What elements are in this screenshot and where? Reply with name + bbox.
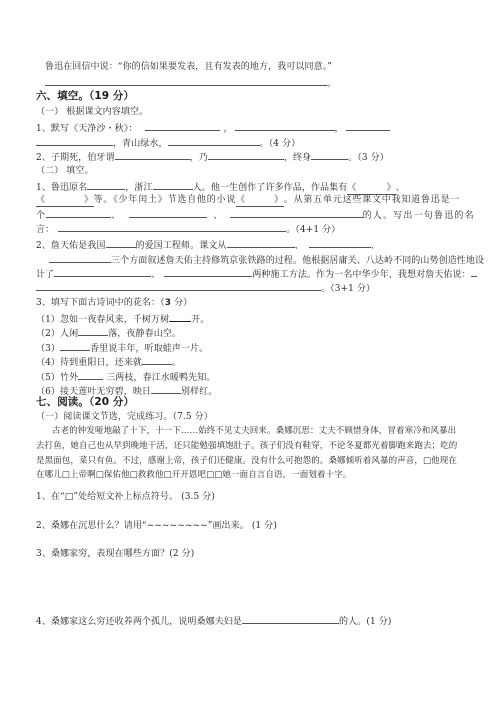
poem-text: （3） xyxy=(36,344,60,354)
bracket: 》 xyxy=(84,195,94,205)
question-text: 计了 xyxy=(36,270,54,280)
question-text: 两种施工方法。作为一名中华少年，我想对詹天佑说： xyxy=(252,270,470,280)
answer-blank[interactable] xyxy=(87,180,125,190)
bracket: 《 xyxy=(236,195,246,205)
answer-blank[interactable] xyxy=(242,614,339,624)
question-6-1-1: 1、默写《天净沙・秋》：，， xyxy=(36,121,390,135)
question-text: 3、填写下面古诗词中的花名：（ xyxy=(36,298,165,308)
passage-line-3: 是黑面包，菜只有鱼。不过，感谢上帝，孩子们还健康。没有什么可抱怨的。桑娜倾听着风… xyxy=(36,455,457,467)
poem-text: 三两枝，春江水暖鸭先知。 xyxy=(103,373,215,383)
answer-blank[interactable] xyxy=(309,238,371,248)
passage-line-2: 去打鱼，她自己也从早到晚地干活，还只能勉强填饱肚子。孩子们没有鞋穿，不论冬夏都光… xyxy=(36,440,457,452)
part-two-label: （二） 填空。 xyxy=(36,165,94,177)
novel-title-blank[interactable]: 《》 xyxy=(236,194,284,207)
quote-line: 鲁迅在回信中说：“你的信如果要发表，且有发表的地方，我可以同意。” xyxy=(45,61,332,73)
flower-blank[interactable] xyxy=(78,370,103,380)
answer-blank[interactable] xyxy=(230,208,363,218)
poem-text: 开。 xyxy=(191,315,209,325)
section-seven-heading: 七、阅读。（20 分） xyxy=(36,396,134,408)
poem-text: （2）人闲 xyxy=(36,329,78,339)
answer-blank[interactable] xyxy=(227,238,295,248)
question-text: 4、桑娜家这么穷还收养两个孤儿，说明桑娜夫妇是 xyxy=(36,617,242,627)
reading-question-3: 3、桑娜家穷，表现在哪些方面？(2 分) xyxy=(36,548,194,560)
period: 。 xyxy=(327,79,336,89)
question-6-2-3: 3、填写下面古诗词中的花名：（3 分） xyxy=(36,297,192,309)
score: 。（4+1 分） xyxy=(286,225,340,235)
answer-blank[interactable] xyxy=(45,76,327,86)
flower-blank[interactable] xyxy=(151,384,181,394)
book-title-blank[interactable]: 《》 xyxy=(36,194,94,207)
bracket: 》 xyxy=(274,195,284,205)
question-text: 言： xyxy=(36,225,54,235)
reading-part-one-label: （一）阅读课文节选，完成练习。（7.5 分） xyxy=(36,411,213,423)
punct: ， xyxy=(223,124,232,134)
poem-text: （1）忽如一夜春风来，千树万树 xyxy=(36,315,169,325)
answer-blank[interactable] xyxy=(311,150,348,160)
score: 。（3+1 分） xyxy=(321,284,375,294)
score: 。（4 分） xyxy=(260,139,301,149)
poem-item-4: （4）待到重阳日，还来就。 xyxy=(36,355,181,369)
answer-blank[interactable] xyxy=(208,150,284,160)
answer-blank[interactable] xyxy=(168,136,260,146)
quote-text: 鲁迅在回信中说：“你的信如果要发表，且有发表的地方，我可以同意。” xyxy=(45,62,332,72)
reading-question-2: 2、桑娜在沉思什么？请用“~~~~~~~~”画出来。 (1 分) xyxy=(36,520,277,532)
question-text: 分） xyxy=(171,298,192,308)
poem-item-2: （2）人闲落，夜静春山空。 xyxy=(36,326,181,340)
poem-text: 香里说丰年，听取蛙声一片。 xyxy=(90,344,208,354)
passage-line-1: 古老的钟发哑地敲了十下，十一下……始终不见丈夫回来。桑娜沉思：丈夫不顾惜身体，冒… xyxy=(52,425,456,437)
question-6-2-1-cont3: 言：。（4+1 分） xyxy=(36,222,340,236)
poem-item-3: （3）香里说丰年，听取蛙声一片。 xyxy=(36,341,208,355)
question-text: 等。《少年闰土》节选自他的小说 xyxy=(94,195,237,205)
poem-text: 落，夜静春山空。 xyxy=(108,329,181,339)
answer-blank[interactable] xyxy=(36,136,113,146)
question-text: ，乃 xyxy=(190,153,208,163)
exam-page: 鲁迅在回信中说：“你的信如果要发表，且有发表的地方，我可以同意。” 。 六、填空… xyxy=(0,0,500,707)
poem-text: （4）待到重阳日，还来就 xyxy=(36,358,142,368)
answer-blank[interactable] xyxy=(129,208,207,218)
question-text: 1、鲁迅原名 xyxy=(36,183,87,193)
quote-answer-line: 。 xyxy=(45,76,336,90)
question-6-2-2-cont: 三个方面叙述詹天佑主持修筑京张铁路的过程。他根据居庸关、八达岭不同的山势创造性地… xyxy=(49,253,484,267)
answer-blank[interactable] xyxy=(346,121,390,131)
flower-blank[interactable] xyxy=(142,355,172,365)
answer-blank[interactable] xyxy=(164,267,252,277)
answer-blank[interactable] xyxy=(106,238,136,248)
punct: 、 xyxy=(371,241,380,251)
section-six-heading: 六、填空。（19 分） xyxy=(36,90,134,102)
question-text: 人。他一生创作了许多作品，作品集有 xyxy=(193,183,348,193)
question-6-2-2: 2、詹天佑是我国的爱国工程师。课文从、、 xyxy=(36,238,380,252)
question-text: 1、默写《天净沙・秋》： xyxy=(36,124,137,134)
answer-blank[interactable] xyxy=(54,267,151,277)
punct: ， xyxy=(335,124,344,134)
answer-blank[interactable] xyxy=(471,267,477,277)
poem-item-5: （5）竹外 三两枝，春江水暖鸭先知。 xyxy=(36,370,215,384)
reading-question-4: 4、桑娜家这么穷还收养两个孤儿，说明桑娜夫妇是的人。(1 分) xyxy=(36,614,391,628)
poem-item-1: （1）忽如一夜春风来，千树万树开。 xyxy=(36,312,209,326)
punct: 、 xyxy=(213,211,223,221)
score: 。（3 分） xyxy=(348,153,389,163)
question-text: ，青山绿水， xyxy=(113,139,168,149)
punct: 、 xyxy=(295,241,304,251)
poem-text: 。 xyxy=(172,358,181,368)
question-6-1-2: 2、子期死，伯牙谓，乃，终身。（3 分） xyxy=(36,150,389,164)
flower-blank[interactable] xyxy=(78,326,108,336)
passage-line-4: 在哪儿□上帝啊□保佑他□救救他□开开恩吧□□她一面自言自语，一面划着十字。 xyxy=(36,469,351,481)
bracket: 《 xyxy=(36,195,46,205)
question-text: ，浙江 xyxy=(125,183,152,193)
poem-text: （5）竹外 xyxy=(36,373,78,383)
question-text: 2、詹天佑是我国 xyxy=(36,241,106,251)
punct: 、 xyxy=(111,211,121,221)
flower-blank[interactable] xyxy=(60,341,90,351)
answer-blank[interactable] xyxy=(145,121,220,131)
question-text: 2、子期死，伯牙谓 xyxy=(36,153,115,163)
question-6-1-1-cont: ，青山绿水，。（4 分） xyxy=(36,136,300,150)
question-text: 的人。写出一句鲁迅的名 xyxy=(363,211,475,221)
question-text: 个 xyxy=(36,211,46,221)
question-6-2-2-cont2: 计了、两种施工方法。作为一名中华少年，我想对詹天佑说： xyxy=(36,267,477,281)
poem-text: 别样红。 xyxy=(181,387,217,397)
flower-blank[interactable] xyxy=(169,312,191,322)
bracket: 《 xyxy=(347,183,356,193)
punct: 、 xyxy=(151,270,160,280)
bracket: 》 xyxy=(386,183,395,193)
punct: 、 xyxy=(396,183,405,193)
answer-blank[interactable] xyxy=(235,121,335,131)
part-one-label: （一） 根据课文内容填空。 xyxy=(36,106,148,118)
quote-answer-blank[interactable] xyxy=(58,222,286,232)
answer-blank[interactable] xyxy=(46,208,111,218)
question-6-2-1: 1、鲁迅原名，浙江人。他一生创作了许多作品，作品集有《》、 xyxy=(36,180,405,195)
question-6-2-1-cont: 《》等。《少年闰土》节选自他的小说《》。从第五单元这些课文中我知道鲁迅是一 xyxy=(36,194,460,207)
question-text: 的爱国工程师。课文从 xyxy=(136,241,227,251)
question-text: 。从第五单元这些课文中我知道鲁迅是一 xyxy=(284,195,460,205)
question-6-2-2-cont3: 。（3+1 分） xyxy=(36,281,375,295)
answer-blank[interactable] xyxy=(49,253,111,263)
question-6-2-1-cont2: 个、、的人。写出一句鲁迅的名 xyxy=(36,208,475,222)
question-text: 的人。(1 分) xyxy=(339,617,391,627)
answer-blank[interactable] xyxy=(153,180,193,190)
question-text: ，终身 xyxy=(284,153,311,163)
answer-blank[interactable] xyxy=(115,150,190,160)
question-text: 三个方面叙述詹天佑主持修筑京张铁路的过程。他根据居庸关、八达岭不同的山势创造性地… xyxy=(111,256,484,266)
answer-blank[interactable] xyxy=(36,281,321,291)
reading-question-1: 1、在“□”处给短文补上标点符号。 (3.5 分) xyxy=(36,491,215,503)
